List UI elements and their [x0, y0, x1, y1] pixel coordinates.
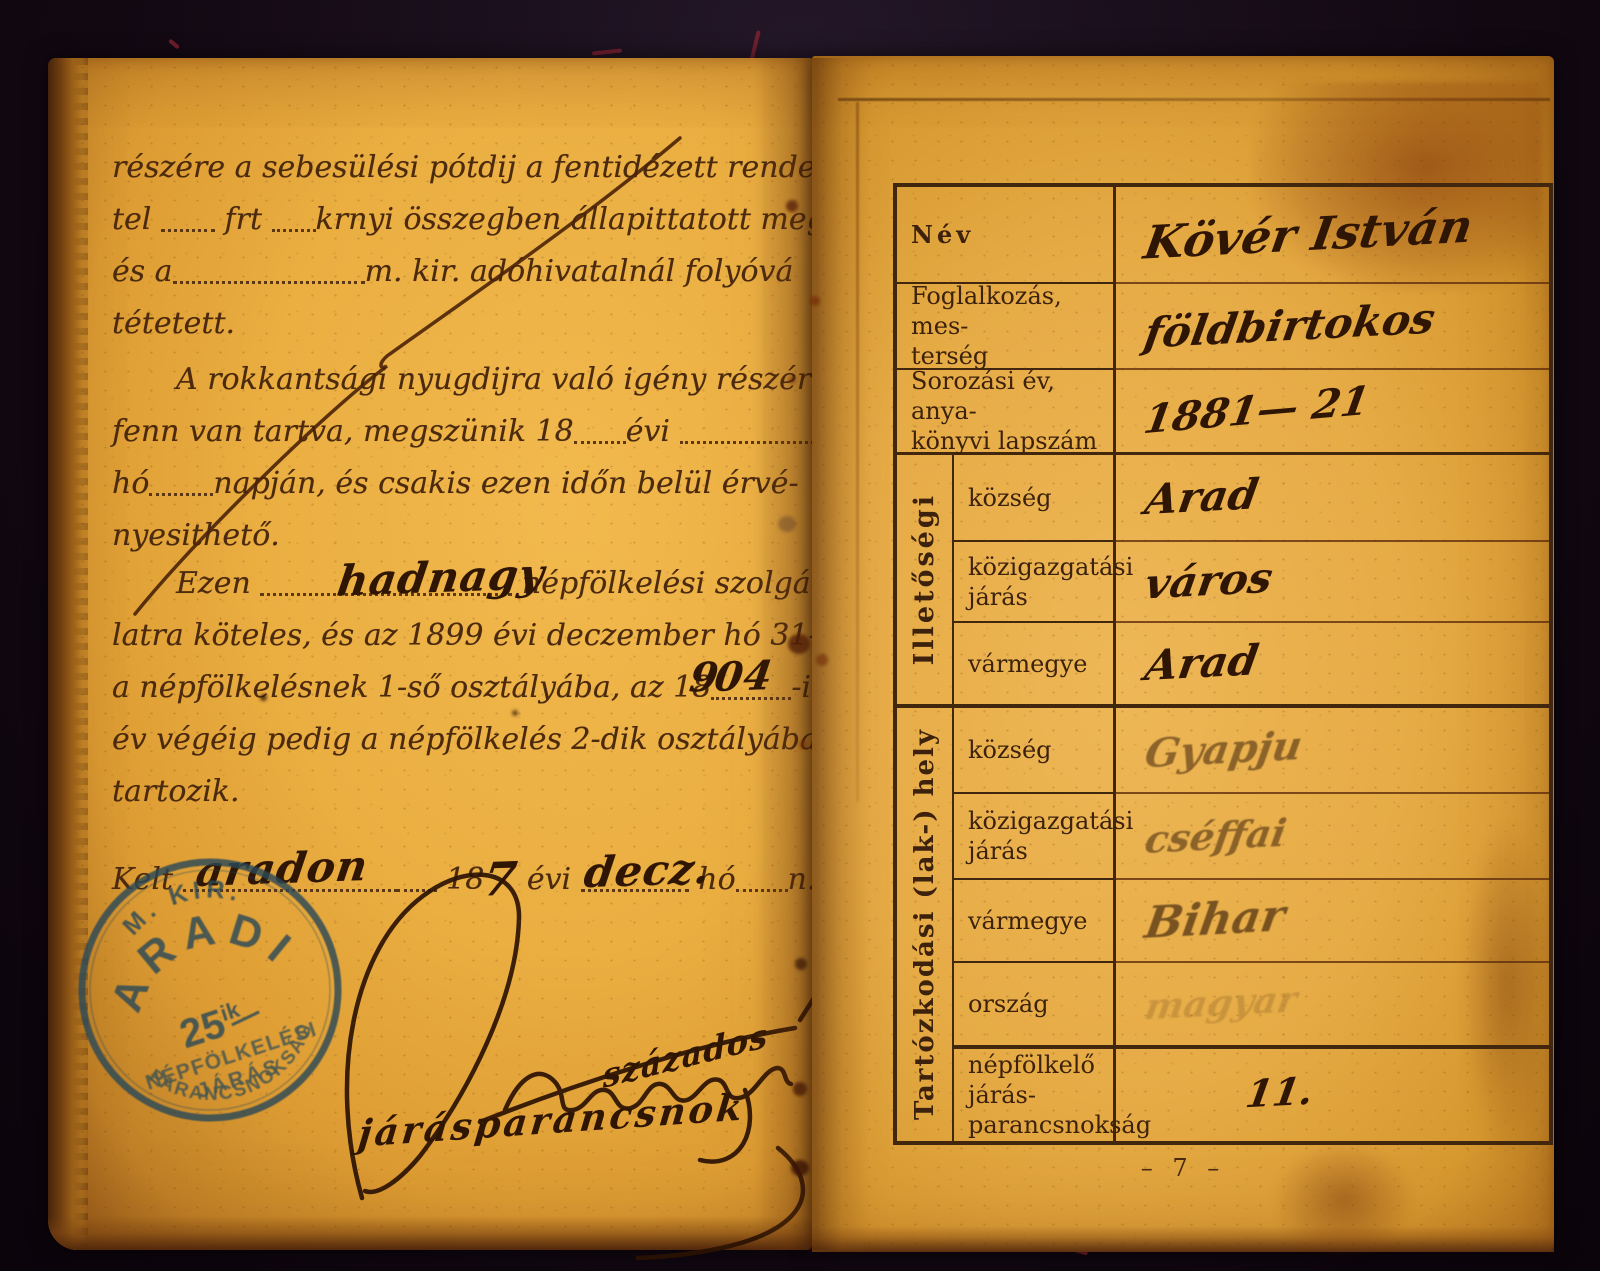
table-label-varmegye: vármegye [954, 623, 1116, 708]
overwritten-digit: 89 [692, 662, 711, 714]
printed-line: hó [112, 466, 149, 501]
table-label-varmegye2: vármegye [954, 880, 1116, 963]
handwritten-value-faded: magyar [1112, 978, 1300, 1029]
handwritten-value: város [1111, 553, 1276, 610]
table-label-orszag: ország [954, 963, 1116, 1049]
printed-line: évi [626, 414, 670, 449]
page-deckle-edge [48, 58, 88, 1250]
blank-line: hadnagy [260, 562, 512, 597]
printed-line: részére a sebesülési pótdij a fentidézet… [112, 150, 865, 185]
table-label-kozseg: község [954, 455, 1116, 542]
paragraph-invalidity: A rokkantsági nyugdijra való igény részé… [112, 354, 762, 562]
printed-line: fenn van tartva, megszünik 18 [112, 414, 574, 449]
handwritten-rank: hadnagy [270, 548, 548, 609]
table-value-nepfolkelo: 11. [1116, 1049, 1549, 1141]
table-label-foglalkozas: Foglalkozás, mes- terség [897, 284, 1116, 370]
blank-line [173, 250, 365, 285]
printed-line: a népfölkelésnek 1-ső osztályába, az 1 [112, 670, 692, 705]
rust-spot [788, 634, 810, 654]
rust-spot [788, 376, 796, 384]
handwritten-name: Kövér István [1110, 198, 1477, 270]
page-bottom-edge [812, 1226, 1554, 1252]
table-label-nev: Név [897, 187, 1116, 284]
signature [308, 858, 848, 1271]
rust-spot [799, 740, 808, 749]
stamp-text-25: 25 [175, 1001, 231, 1057]
under-sheet-edge [838, 98, 1550, 101]
blank-line [574, 410, 626, 445]
table-value-sorozasi: 1881— 21 [1116, 370, 1549, 455]
rust-spot [816, 654, 828, 666]
rust-spot [793, 1082, 807, 1096]
table-value-orszag: magyar [1116, 963, 1549, 1049]
stamp-text-jaras: JÁRÁS [194, 1055, 283, 1104]
stamp-text-ik: ik [217, 996, 243, 1026]
printed-line: tétetett. [112, 306, 235, 341]
page-number: – 7 – [812, 1154, 1554, 1182]
table-value-kozseg2: Gyapju [1116, 708, 1549, 794]
signature-role: járásparancsnok [356, 1084, 747, 1155]
table-value-varmegye: Arad [1116, 623, 1549, 708]
handwritten-value: cséffai [1112, 809, 1290, 863]
left-page: részére a sebesülési pótdij a fentidézet… [48, 58, 812, 1250]
ink-speck [260, 694, 267, 701]
table-label-sorozasi: Sorozási év, anya- könyvi lapszám [897, 370, 1116, 455]
handwritten-year-digit: 7 [481, 852, 522, 905]
printed-line: frt [225, 202, 263, 237]
handwritten-value: Gyapju [1111, 722, 1305, 779]
group-title-illetosegi: Illetőségi [897, 455, 954, 708]
blank-line [272, 198, 316, 233]
handwritten-place: aradon [192, 840, 371, 898]
printed-line: év végéig pedig a népfölkelés 2-dik oszt… [112, 722, 818, 757]
rust-spot [791, 1160, 809, 1176]
printed-line: A rokkantsági nyugdijra való igény részé… [176, 362, 829, 397]
handwritten-value: Arad [1111, 469, 1262, 525]
page-bottom-edge [48, 1216, 812, 1250]
printed-line: krnyi összegben állapittatott meg [316, 202, 826, 237]
handwritten-year-number: 1881— 21 [1110, 377, 1373, 446]
handwritten-occupation: földbirtokos [1111, 293, 1439, 359]
printed-line: m. kir. adóhivatalnál folyóvá [365, 254, 794, 289]
table-label-kozseg2: község [954, 708, 1116, 794]
printed-line: latra köteles, és az 1899 évi deczember … [112, 618, 847, 653]
printed-year: 18 [446, 862, 484, 897]
table-value-kozigazgatasi: város [1116, 542, 1549, 623]
table-value-varmegye2: Bihar [1116, 880, 1549, 963]
handwritten-value: Arad [1111, 635, 1262, 691]
table-label-kozigazgatasi: közigazgatási járás [954, 542, 1116, 623]
table-value-nev: Kövér István [1116, 187, 1549, 284]
registration-table: Név Kövér István Foglalkozás, mes- tersé… [893, 183, 1553, 1145]
printed-line: nyesithető. [112, 518, 280, 553]
table-label-nepfolkelo: népfölkelő járás- parancsnokság [954, 1049, 1116, 1141]
blank-line [161, 198, 215, 233]
blank-line [736, 858, 788, 893]
group-title-tartozkodasi: Tartózkodási (lak-) hely [897, 708, 954, 1141]
printed-line: tel [112, 202, 151, 237]
table-label-kozigazgatasi2: közigazgatási járás [954, 794, 1116, 880]
paragraph-pension: részére a sebesülési pótdij a fentidézet… [112, 142, 762, 350]
stamp-text-nepfolkelesi: NÉPFÖLKELÉSI [143, 1017, 320, 1094]
paper-fibre [168, 39, 180, 50]
table-value-foglalkozas: földbirtokos [1116, 284, 1549, 370]
handwritten-value: Bihar [1111, 891, 1288, 951]
svg-text:PARANCSNOKSÁG: PARANCSNOKSÁG [141, 1015, 332, 1126]
paragraph-service-class: Ezen hadnagy népfölkelési szolgá- latra … [112, 558, 762, 818]
right-page: Név Kövér István Foglalkozás, mes- tersé… [812, 56, 1554, 1252]
rust-spot [795, 958, 807, 970]
table-value-kozseg: Arad [1116, 455, 1549, 542]
printed-kelt: Kelt [112, 862, 173, 897]
handwritten-value: 11. [1111, 1067, 1316, 1122]
blank-line: 04 [711, 666, 791, 701]
blank-line: decz. [581, 858, 689, 893]
scanned-military-booklet: részére a sebesülési pótdij a fentidézet… [0, 0, 1600, 1271]
blank-line [149, 462, 213, 497]
svg-text:25ik: 25ik [175, 996, 249, 1058]
blank-line: aradon [183, 858, 397, 893]
rust-spot [778, 516, 796, 532]
printed-line: Ezen [176, 566, 251, 601]
stamp-text-parancsnoksag: PARANCSNOKSÁG [141, 1015, 332, 1126]
printed-line: népfölkelési szolgá- [522, 566, 821, 601]
ink-speck [512, 710, 518, 716]
printed-evi: évi [527, 862, 571, 897]
rust-spot [810, 296, 820, 306]
handwritten-year-suffix: 04 [712, 650, 777, 704]
dateline: Kelt aradon 187 évi decz. hón. [112, 847, 772, 906]
printed-line: tartozik. [112, 774, 240, 809]
printed-line: napján, és csakis ezen időn belül érvé- [213, 466, 798, 501]
blank-line [397, 858, 437, 893]
printed-line: és a [112, 254, 173, 289]
page-crease [856, 102, 859, 802]
table-value-kozigazgatasi2: cséffai [1116, 794, 1549, 880]
paper-fibre [592, 48, 622, 55]
rust-spot [786, 200, 798, 212]
handwritten-month: decz. [581, 843, 714, 899]
